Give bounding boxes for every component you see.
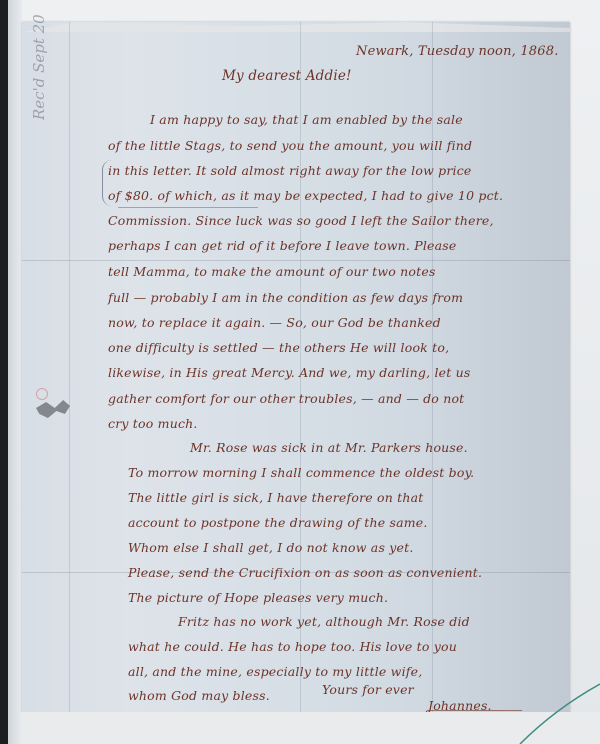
letter-dateline: Newark, Tuesday noon, 1868. <box>356 44 559 59</box>
pencil-underline-mark <box>118 207 258 208</box>
letter-line: The little girl is sick, I have therefor… <box>128 490 424 505</box>
scan-border-strip <box>8 0 22 744</box>
protective-sleeve-edge <box>510 654 600 744</box>
postmark-stamp <box>36 388 48 400</box>
margin-annotation: Rec'd Sept 20 <box>30 14 48 120</box>
letter-line: Fritz has no work yet, although Mr. Rose… <box>178 614 470 629</box>
scan-border <box>0 0 8 744</box>
signature-underline <box>427 710 522 711</box>
letter-line: what he could. He has to hope too. His l… <box>128 639 457 654</box>
letter-line: To morrow morning I shall commence the o… <box>128 465 474 480</box>
letter-line: of $80. of which, as it may be expected,… <box>108 188 503 203</box>
letter-salutation: My dearest Addie! <box>222 68 352 84</box>
letter-line: whom God may bless. <box>128 688 270 703</box>
letter-line: in this letter. It sold almost right awa… <box>108 163 472 178</box>
letter-line: The picture of Hope pleases very much. <box>128 590 388 605</box>
letter-line: Please, send the Crucifixion on as soon … <box>128 565 482 580</box>
letter-line: account to postpone the drawing of the s… <box>128 515 428 530</box>
letter-line: all, and the mine, especially to my litt… <box>128 664 422 679</box>
letter-line: I am happy to say, that I am enabled by … <box>150 112 463 127</box>
letter-line: of the little Stags, to send you the amo… <box>108 138 472 153</box>
letter-line: Commission. Since luck was so good I lef… <box>108 213 494 228</box>
letter-line: one difficulty is settled — the others H… <box>108 340 449 355</box>
fold-line-vertical <box>69 22 70 712</box>
letter-closing: Yours for ever <box>322 682 414 697</box>
letter-line: Mr. Rose was sick in at Mr. Parkers hous… <box>190 440 468 455</box>
letter-line: cry too much. <box>108 416 198 431</box>
letter-line: tell Mamma, to make the amount of our tw… <box>108 264 436 279</box>
letter-line: likewise, in His great Mercy. And we, my… <box>108 365 471 380</box>
letter-line: gather comfort for our other troubles, —… <box>108 391 464 406</box>
letter-line: Whom else I shall get, I do not know as … <box>128 540 414 555</box>
letter-line: now, to replace it again. — So, our God … <box>108 315 441 330</box>
letter-line: full — probably I am in the condition as… <box>108 290 463 305</box>
letter-line: perhaps I can get rid of it before I lea… <box>108 238 457 253</box>
